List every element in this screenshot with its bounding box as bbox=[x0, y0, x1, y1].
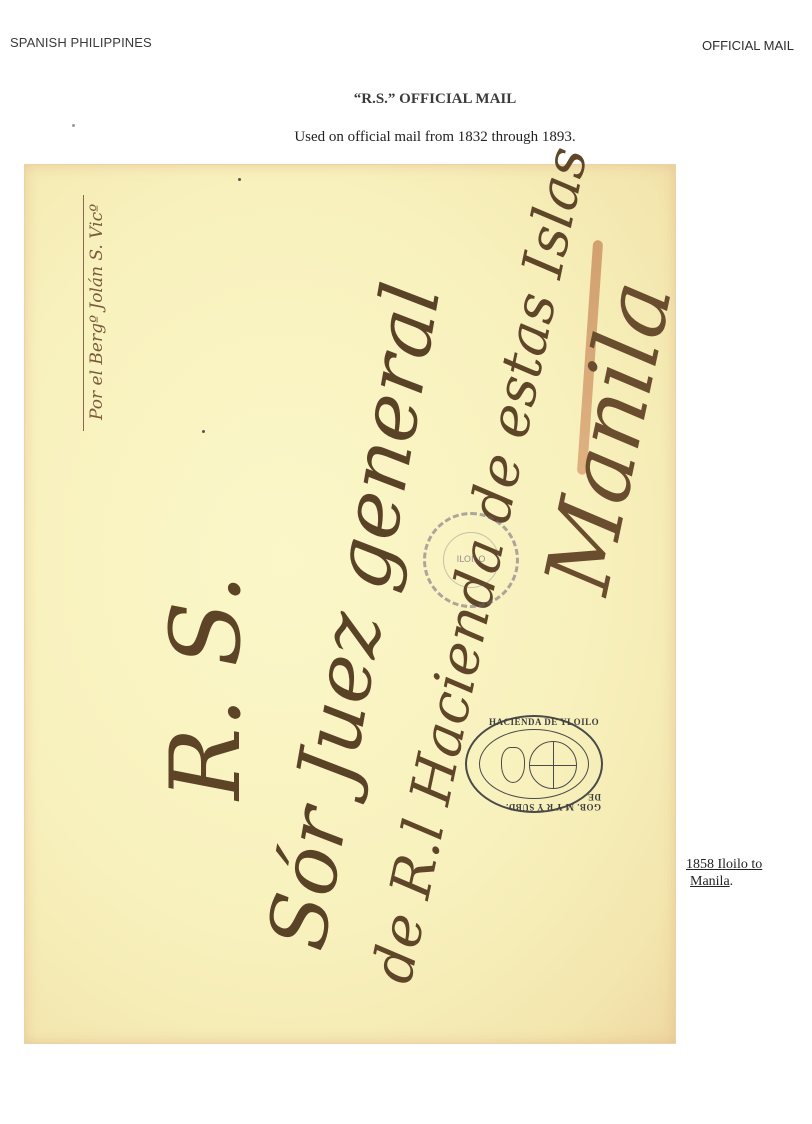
ink-speck bbox=[72, 124, 75, 127]
ink-speck bbox=[238, 178, 241, 181]
caption-period: . bbox=[730, 874, 734, 889]
page-title: “R.S.” OFFICIAL MAIL bbox=[0, 91, 812, 108]
page-header-left: SPANISH PHILIPPINES bbox=[10, 35, 152, 50]
circular-datestamp: ILOILO bbox=[423, 512, 519, 608]
routing-underline bbox=[83, 195, 84, 431]
handstamp-text-bottom: GOB. M Y R Y SUBD. DE bbox=[493, 792, 601, 812]
cover-caption: 1858 Iloilo to Manila. bbox=[686, 856, 762, 890]
datestamp-center: ILOILO bbox=[443, 532, 499, 588]
ink-speck bbox=[202, 430, 205, 433]
page-header-right: OFFICIAL MAIL bbox=[702, 38, 794, 53]
coat-of-arms-icon bbox=[529, 741, 577, 789]
page-subtitle: Used on official mail from 1832 through … bbox=[0, 129, 812, 146]
routing-manuscript: Por el Bergº Jolán S. Vicº bbox=[87, 204, 107, 420]
rs-official-mark: R. S. bbox=[150, 574, 262, 800]
handstamp-text-top: HACIENDA DE YLOILO bbox=[489, 717, 599, 727]
crown-emblem-icon bbox=[501, 747, 525, 783]
caption-line-2: Manila bbox=[690, 874, 730, 889]
caption-line-1: 1858 Iloilo to bbox=[686, 857, 762, 872]
official-oval-handstamp: HACIENDA DE YLOILO GOB. M Y R Y SUBD. DE bbox=[465, 715, 603, 813]
